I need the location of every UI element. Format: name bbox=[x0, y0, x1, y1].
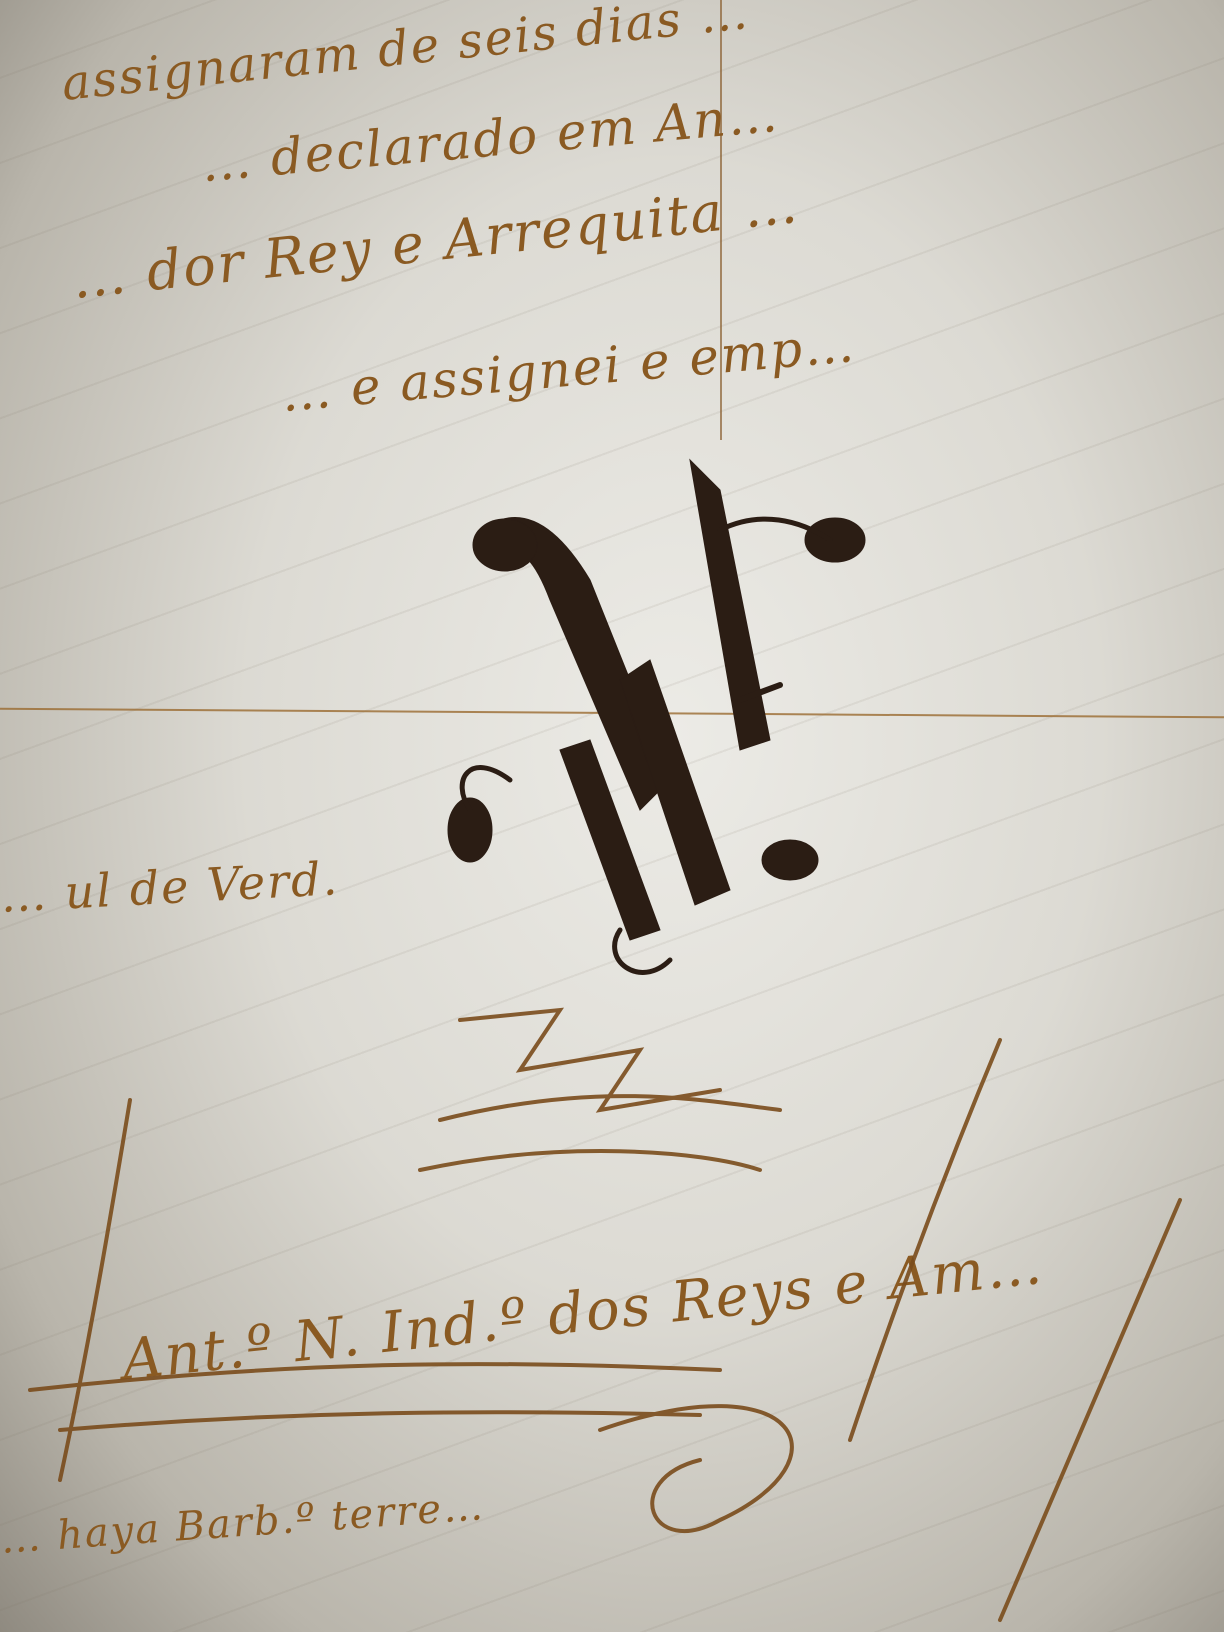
manuscript-page: assignaram de seis dias … … declarado em… bbox=[0, 0, 1224, 1632]
calligraphic-monogram bbox=[440, 450, 880, 1010]
manuscript-line-2: … declarado em An… bbox=[199, 85, 782, 193]
signature-rubric bbox=[0, 960, 1224, 1632]
manuscript-line-4: … e assignei e emp… bbox=[279, 315, 859, 423]
manuscript-line-3: … dor Rey e Arrequita … bbox=[69, 172, 802, 311]
manuscript-line-5: … ul de Verd. bbox=[0, 851, 340, 923]
